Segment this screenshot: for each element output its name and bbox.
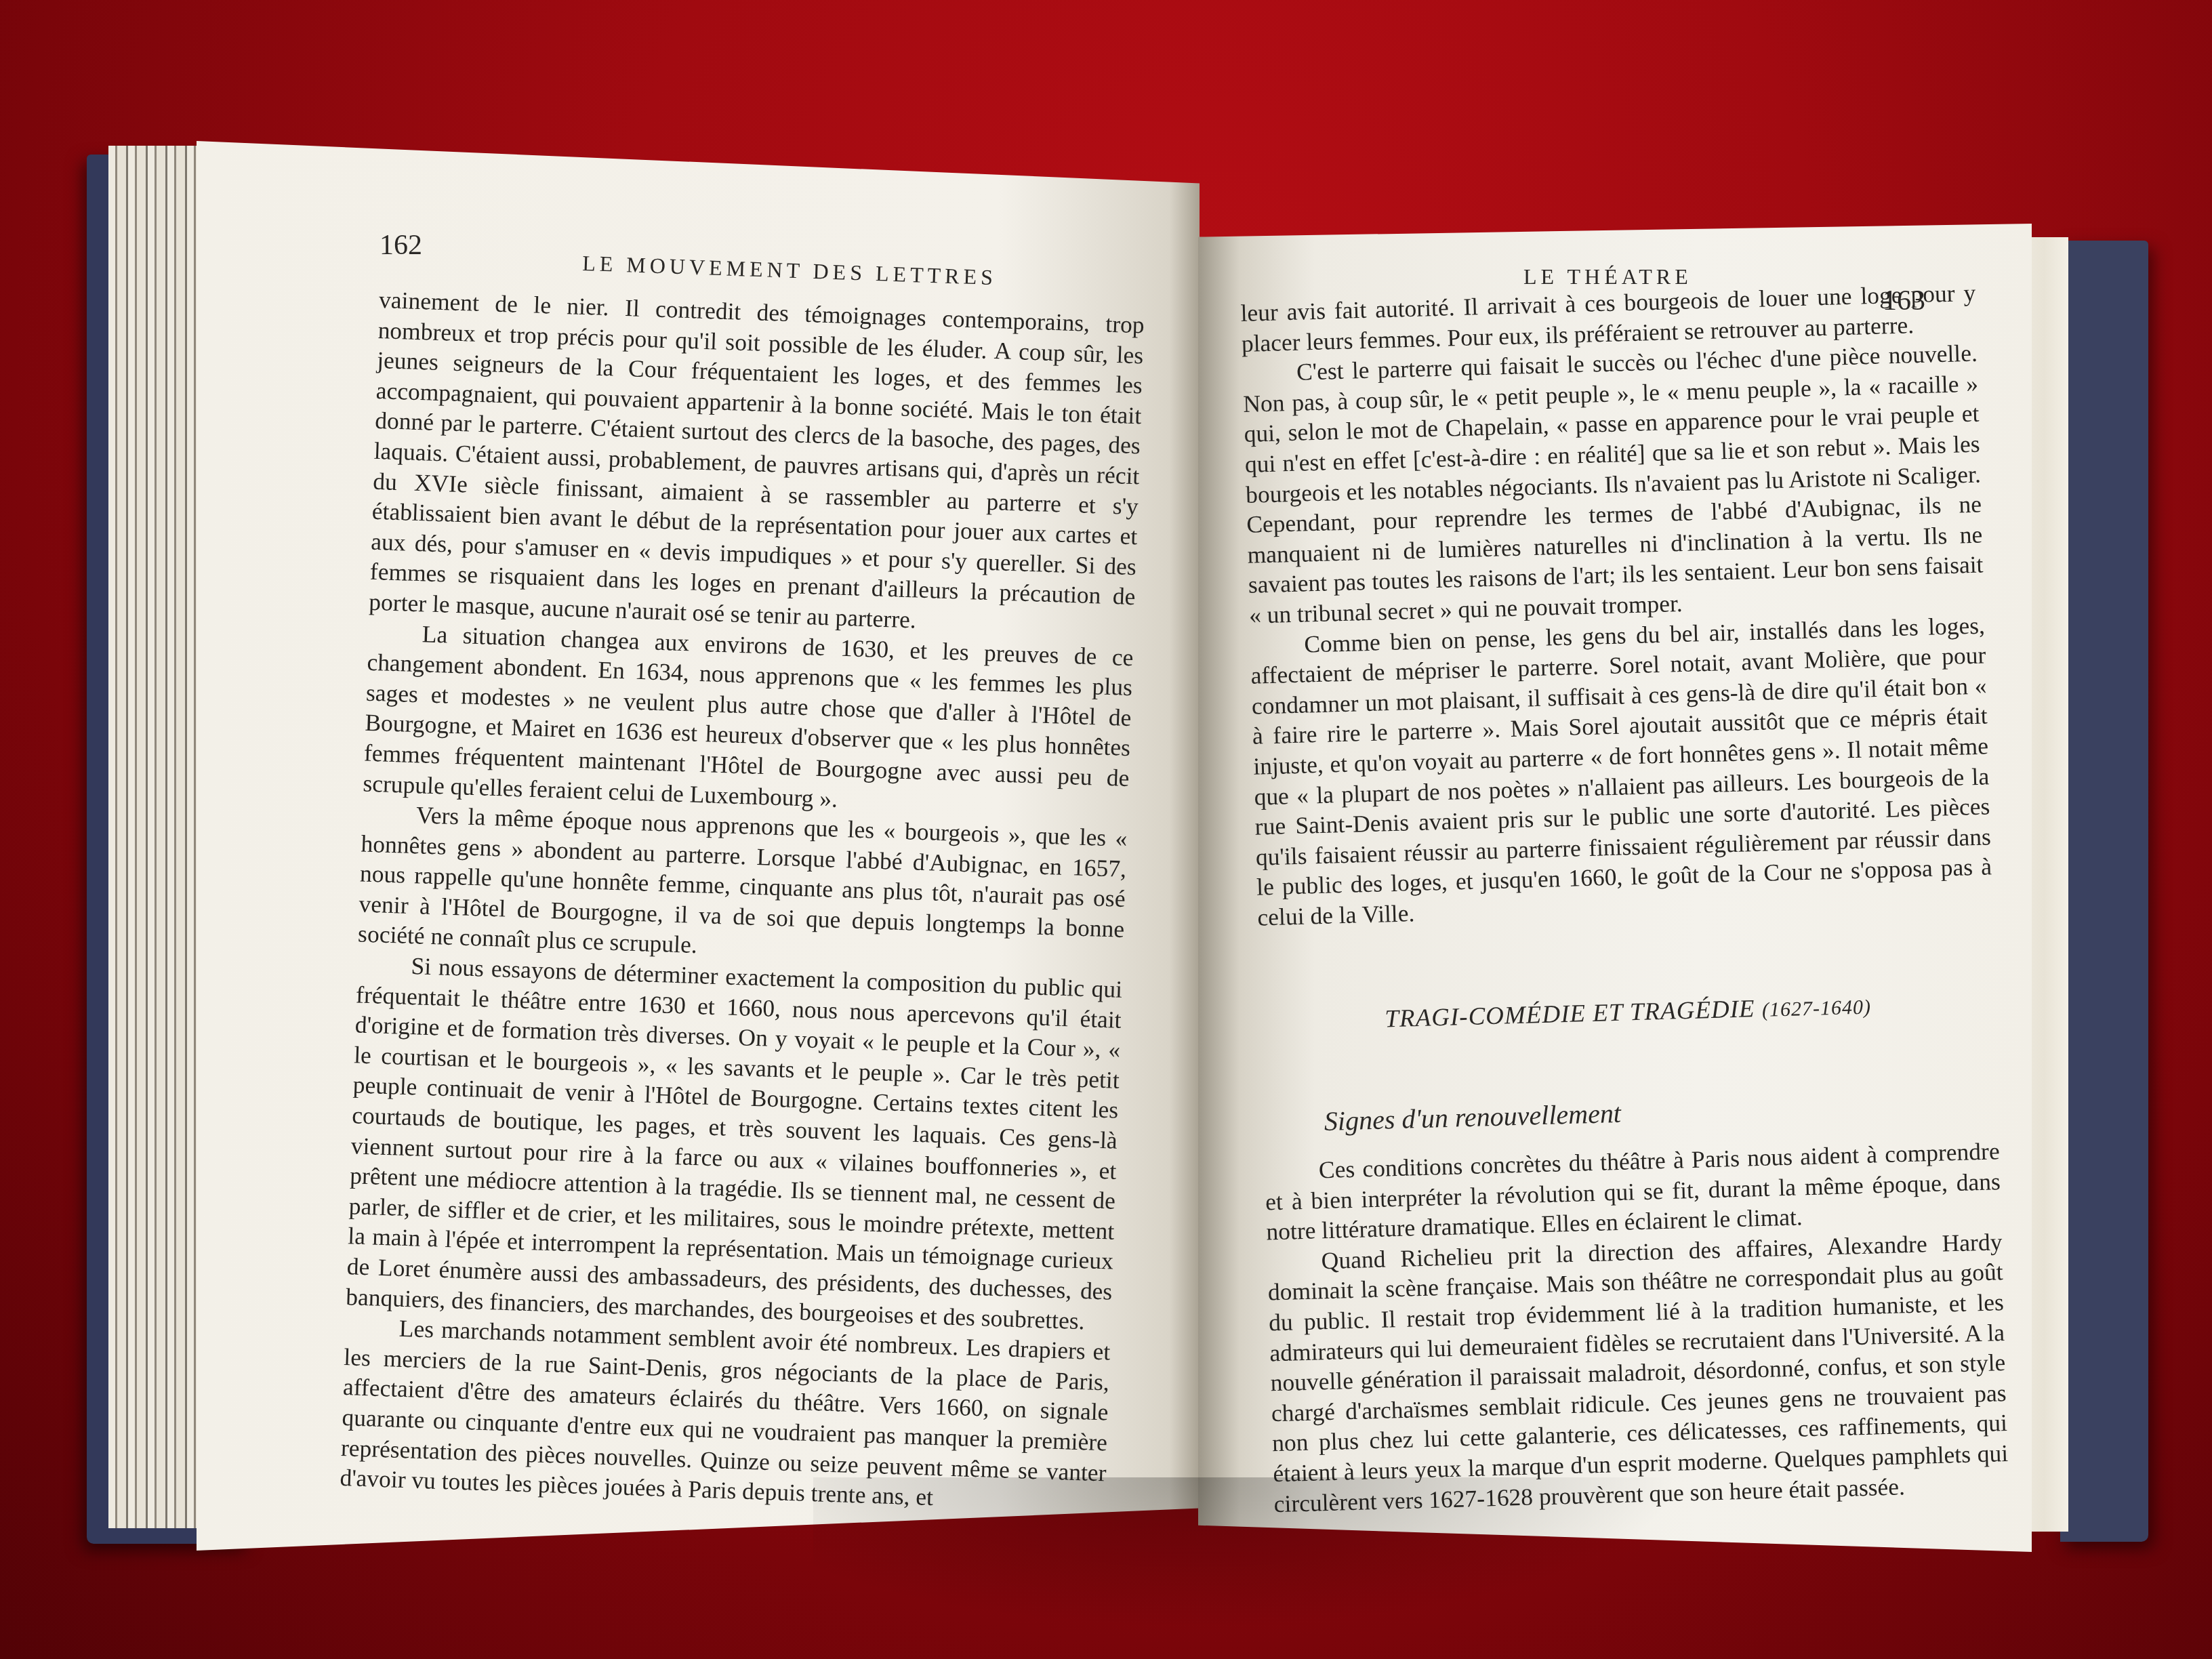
book-cover-right	[2060, 241, 2148, 1542]
section-title-text: TRAGI-COMÉDIE ET TRAGÉDIE	[1385, 996, 1755, 1033]
section-heading-block: TRAGI-COMÉDIE ET TRAGÉDIE (1627-1640)	[1258, 912, 1998, 1109]
paragraph: La situation changea aux environs de 163…	[363, 617, 1134, 823]
running-head: LE MOUVEMENT DES LETTRES	[582, 251, 998, 290]
page-number: 162	[380, 229, 422, 262]
right-page-body: leur avis fait autorité. Il arrivait à c…	[1240, 278, 2009, 1519]
paragraph: C'est le parterre qui faisait le succès …	[1242, 338, 1984, 630]
right-page: LE THÉATRE 163 leur avis fait autorité. …	[1198, 224, 2032, 1552]
paragraph: Vers la même époque nous apprenons que l…	[357, 798, 1128, 975]
paragraph: vainement de le nier. Il contredit des t…	[369, 285, 1145, 642]
paragraph: Quand Richelieu prit la direction des af…	[1267, 1227, 2009, 1519]
section-years: (1627-1640)	[1761, 996, 1871, 1021]
paragraph: Comme bien on pense, les gens du bel air…	[1250, 610, 1993, 933]
left-page-body: vainement de le nier. Il contredit des t…	[340, 285, 1145, 1518]
paragraph: Si nous essayons de déterminer exactemen…	[346, 949, 1123, 1337]
section-title: TRAGI-COMÉDIE ET TRAGÉDIE (1627-1640)	[1260, 988, 1996, 1040]
spine-shadow	[813, 1477, 1762, 1654]
left-page: 162 LE MOUVEMENT DES LETTRES vainement d…	[197, 141, 1200, 1551]
